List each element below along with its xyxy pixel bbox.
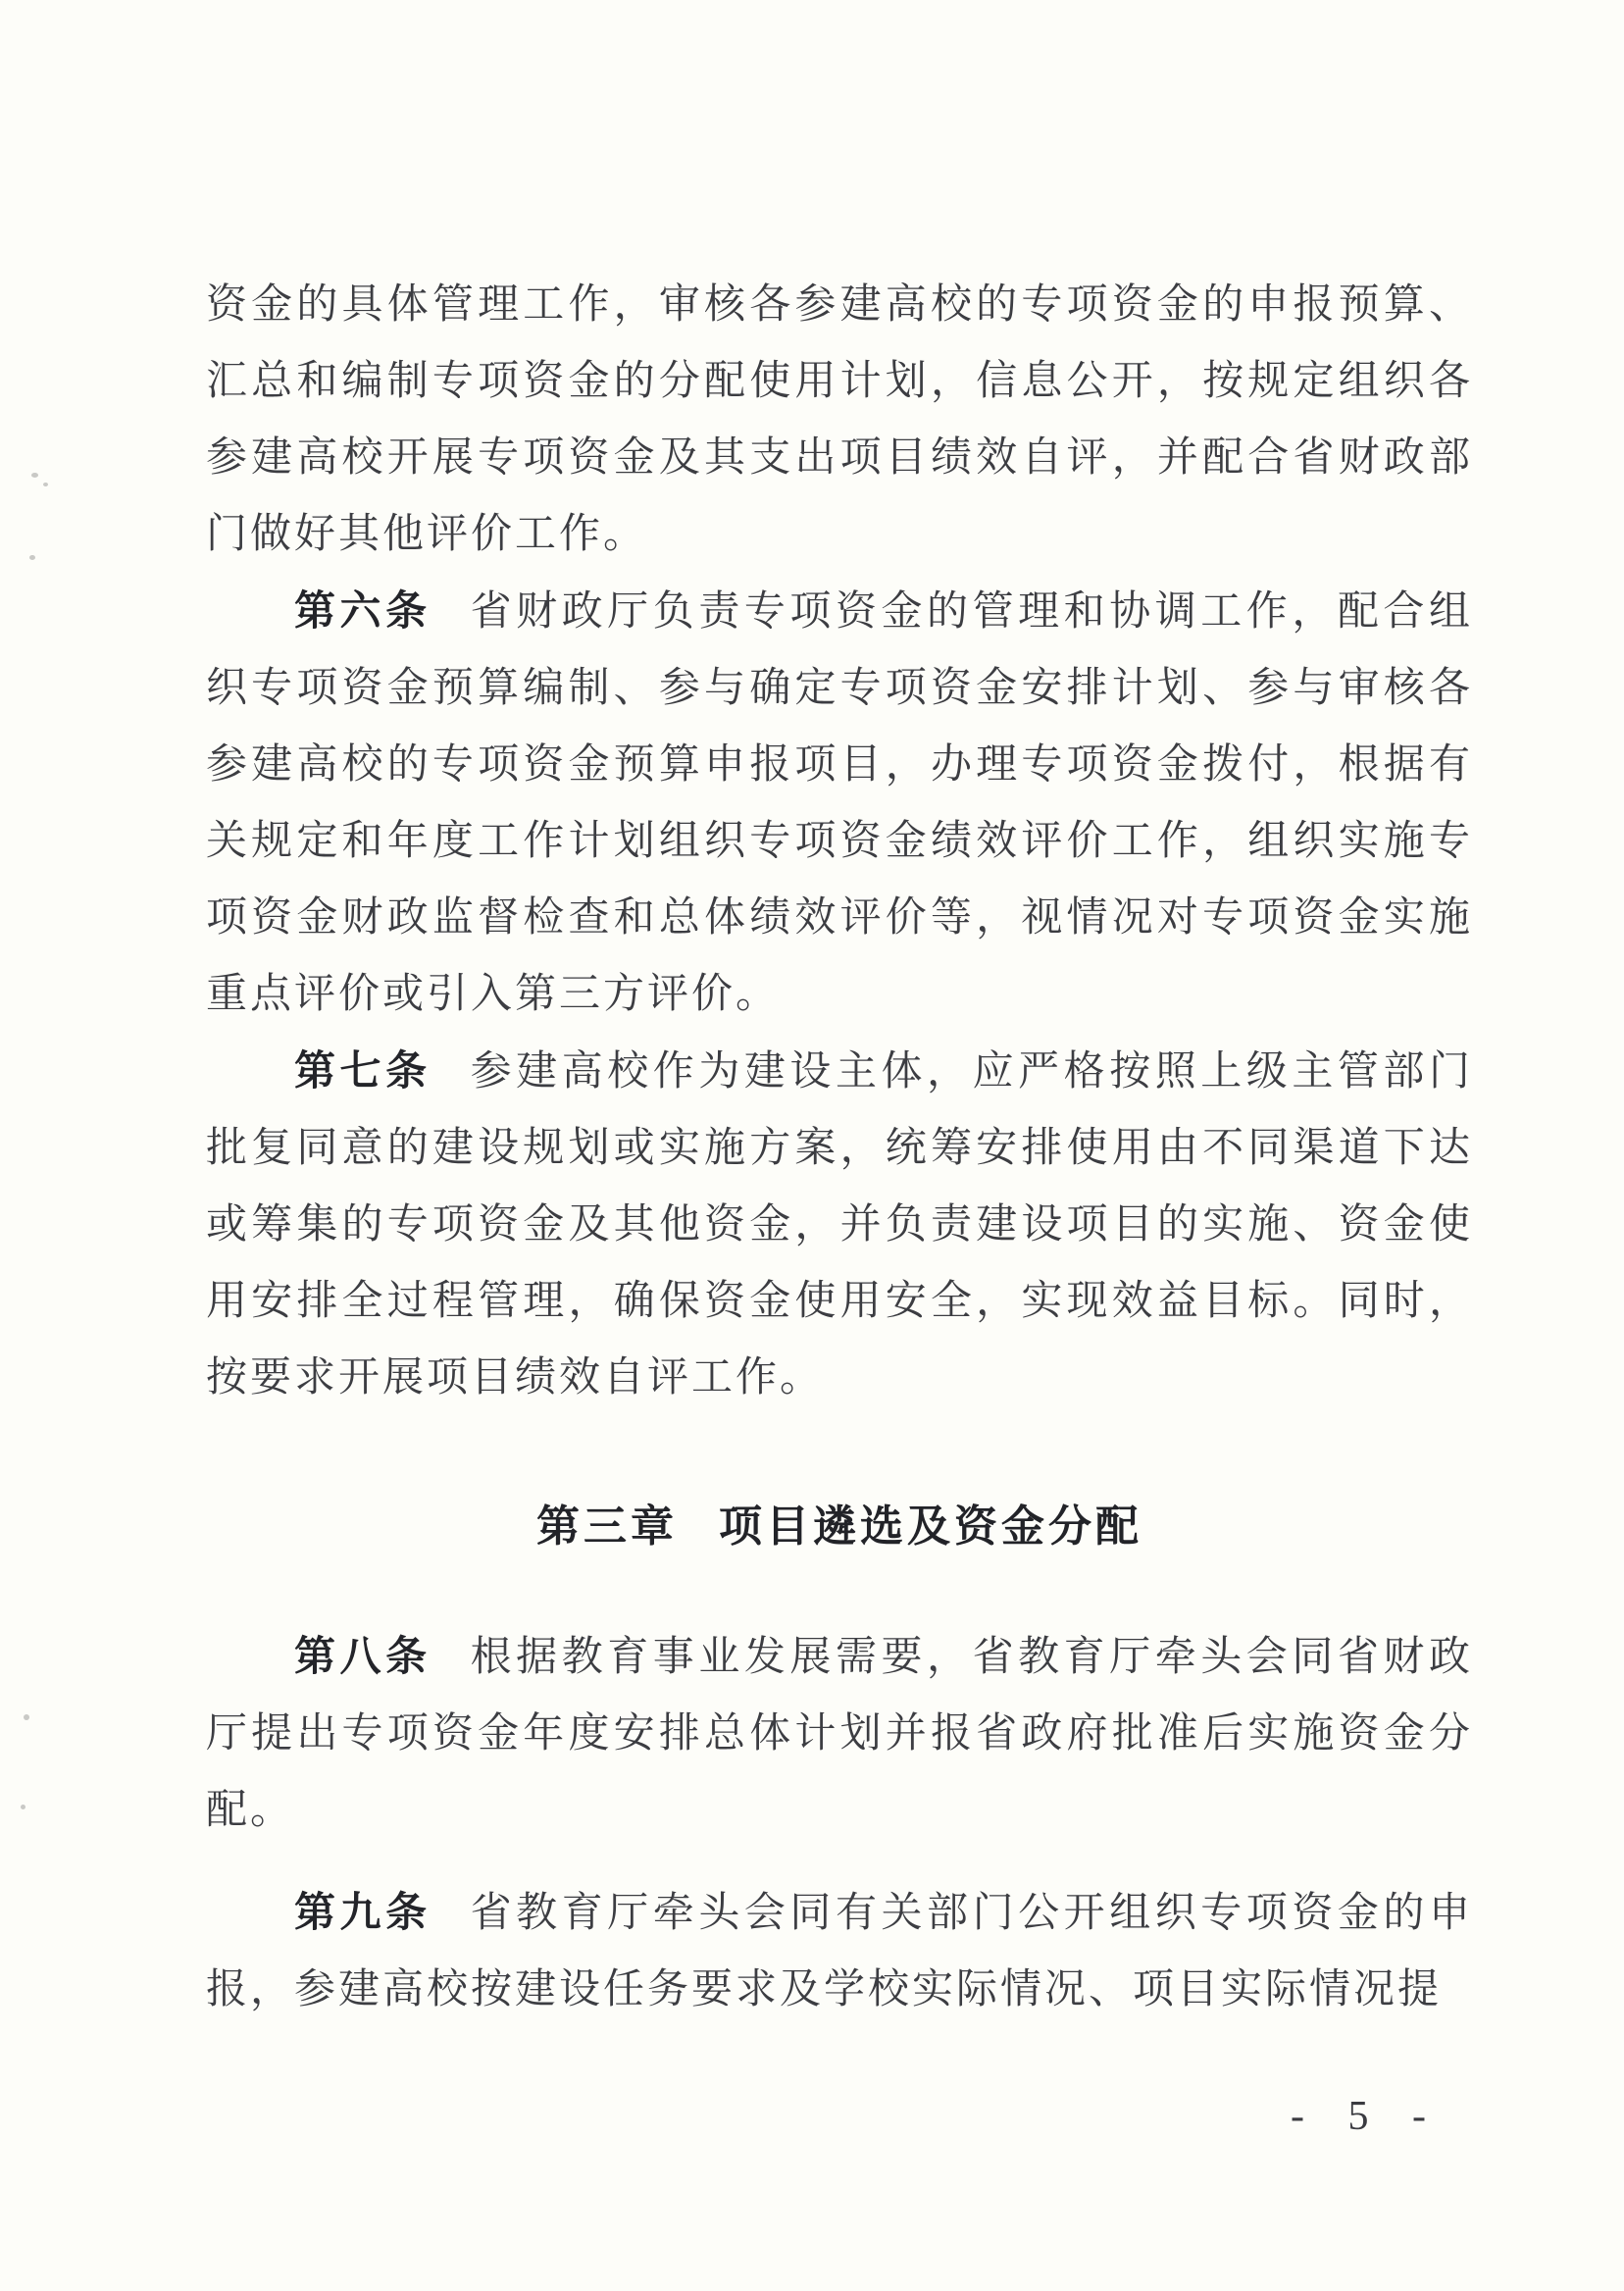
article-6-label: 第六条 [294,587,431,634]
article-6-text: 省财政厅负责专项资金的管理和协调工作，配合组织专项资金预算编制、参与确定专项资金… [206,589,1473,1017]
article-7-label: 第七条 [294,1047,431,1094]
paragraph-article-6: 第六条省财政厅负责专项资金的管理和协调工作，配合组织专项资金预算编制、参与确定专… [206,573,1473,1033]
paragraph-article-8: 第八条根据教育事业发展需要，省教育厅牵头会同省财政厅提出专项资金年度安排总体计划… [206,1618,1473,1849]
article-7-text: 参建高校作为建设主体，应严格按照上级主管部门批复同意的建设规划或实施方案，统筹安… [206,1049,1473,1400]
document-body: 资金的具体管理工作，审核各参建高校的专项资金的申报预算、汇总和编制专项资金的分配… [206,267,1473,2028]
page-number: - 5 - [1291,2093,1440,2140]
document-page: 资金的具体管理工作，审核各参建高校的专项资金的申报预算、汇总和编制专项资金的分配… [0,0,1624,2291]
scan-speck [21,1805,25,1809]
chapter-heading: 第三章项目遴选及资金分配 [206,1489,1473,1565]
paragraph-continuation: 资金的具体管理工作，审核各参建高校的专项资金的申报预算、汇总和编制专项资金的分配… [206,267,1473,573]
scan-speck [31,473,38,478]
paragraph-article-9: 第九条省教育厅牵头会同有关部门公开组织专项资金的申报，参建高校按建设任务要求及学… [206,1874,1473,2028]
scan-speck [24,1714,29,1720]
scan-speck [29,555,35,560]
paragraph-article-7: 第七条参建高校作为建设主体，应严格按照上级主管部门批复同意的建设规划或实施方案，… [206,1033,1473,1416]
chapter-title: 项目遴选及资金分配 [719,1502,1142,1551]
article-8-label: 第八条 [294,1633,431,1679]
scan-speck [43,483,48,486]
chapter-number: 第三章 [536,1502,678,1551]
article-9-label: 第九条 [294,1889,431,1935]
